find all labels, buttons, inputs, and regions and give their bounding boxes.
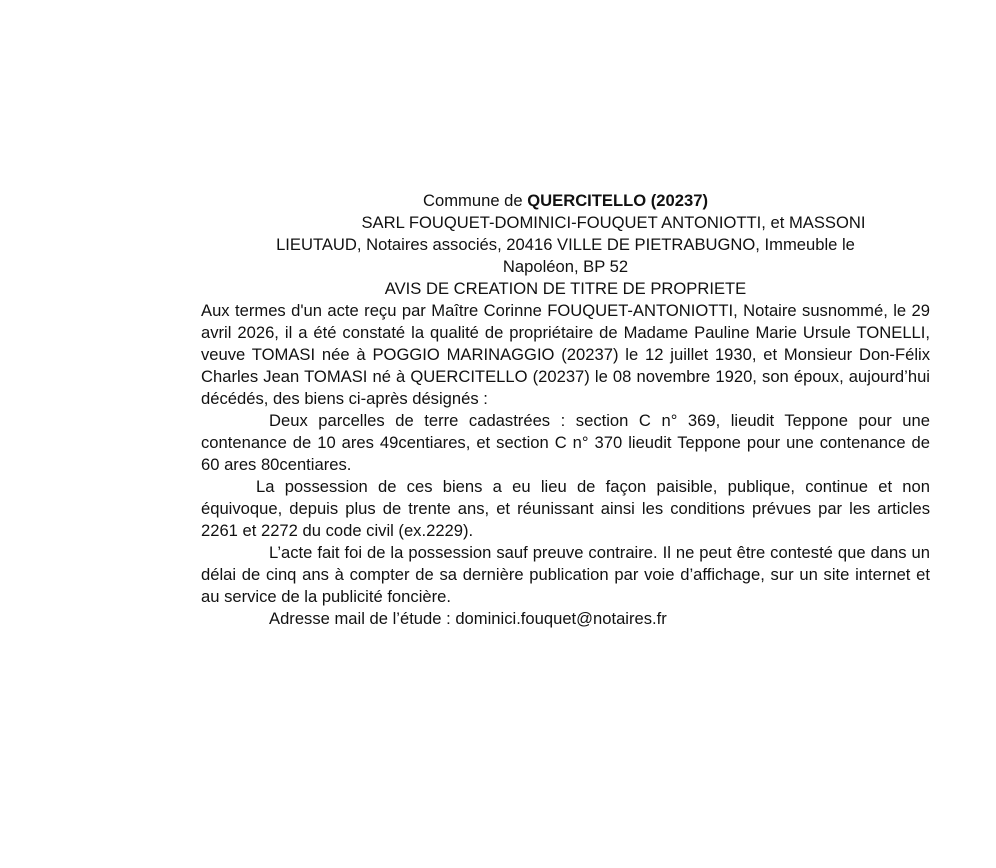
notaries-line-2: LIEUTAUD, Notaires associés, 20416 VILLE… <box>201 234 930 256</box>
paragraph-deed: Aux termes d'un acte reçu par Maître Cor… <box>201 300 930 410</box>
legal-notice-document: Commune de QUERCITELLO (20237) SARL FOUQ… <box>201 190 930 630</box>
email-label: Adresse mail de l’étude : <box>269 609 455 628</box>
paragraph-parcels: Deux parcelles de terre cadastrées : sec… <box>201 410 930 476</box>
commune-heading: Commune de QUERCITELLO (20237) <box>201 190 930 212</box>
paragraph-possession: La possession de ces biens a eu lieu de … <box>201 476 930 542</box>
notaries-line-3: Napoléon, BP 52 <box>201 256 930 278</box>
email-address[interactable]: dominici.fouquet@notaires.fr <box>455 609 666 628</box>
notaries-line-1: SARL FOUQUET-DOMINICI-FOUQUET ANTONIOTTI… <box>201 212 930 234</box>
commune-prefix: Commune de <box>423 191 527 210</box>
paragraph-contest: L’acte fait foi de la possession sauf pr… <box>201 542 930 608</box>
commune-name: QUERCITELLO (20237) <box>527 191 708 210</box>
notice-title: AVIS DE CREATION DE TITRE DE PROPRIETE <box>201 278 930 300</box>
email-line: Adresse mail de l’étude : dominici.fouqu… <box>201 608 930 630</box>
